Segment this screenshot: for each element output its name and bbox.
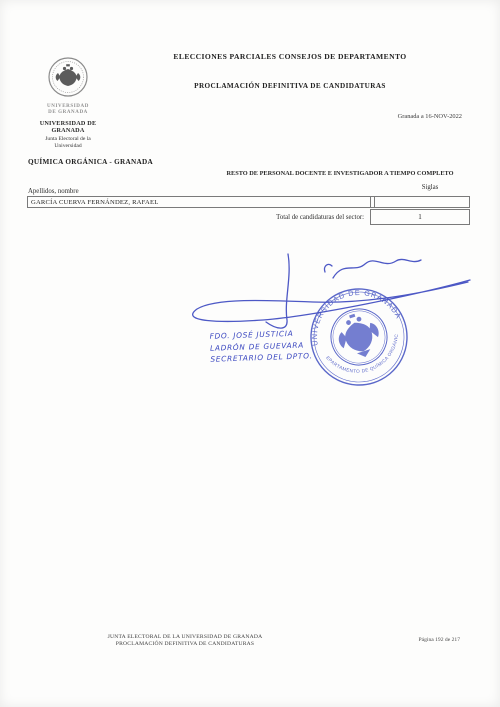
university-name: UNIVERSIDAD DE GRANADA xyxy=(28,120,108,134)
seal-caption: UNIVERSIDAD DE GRANADA xyxy=(28,104,108,116)
university-name-line1: UNIVERSIDAD DE xyxy=(28,120,108,127)
column-header-siglas: Siglas xyxy=(395,184,465,191)
department-name: QUÍMICA ORGÁNICA - GRANADA xyxy=(28,158,153,166)
electoral-board-unit: Junta Electoral de la Universidad xyxy=(28,136,108,149)
scanned-document-page: ELECCIONES PARCIALES CONSEJOS DE DEPARTA… xyxy=(0,0,500,707)
footer-line2: PROCLAMACIÓN DEFINITIVA DE CANDIDATURAS xyxy=(60,641,310,648)
date-line: Granada a 16-NOV-2022 xyxy=(398,113,462,120)
university-logo-block: UNIVERSIDAD DE GRANADA UNIVERSIDAD DE GR… xyxy=(28,56,108,149)
footer-page-number: Página 192 de 217 xyxy=(419,637,460,643)
university-name-line2: GRANADA xyxy=(28,127,108,134)
column-header-name: Apellidos, nombre xyxy=(28,188,79,195)
candidate-name-cell: GARCÍA CUERVA FERNÁNDEZ, RAFAEL xyxy=(27,196,375,208)
seal-eagle-icon xyxy=(56,64,81,86)
document-title: ELECCIONES PARCIALES CONSEJOS DE DEPARTA… xyxy=(120,52,460,61)
footer-issuer-block: JUNTA ELECTORAL DE LA UNIVERSIDAD DE GRA… xyxy=(60,634,310,648)
total-candidates-value: 1 xyxy=(370,209,470,225)
university-seal-icon xyxy=(47,56,89,98)
department-stamp-icon: UNIVERSIDAD DE GRANADA DEPARTAMENTO DE Q… xyxy=(300,284,418,392)
signatory-line3: SECRETARIO DEL DPTO. xyxy=(210,350,312,365)
document-subtitle: PROCLAMACIÓN DEFINITIVA DE CANDIDATURAS xyxy=(120,82,460,90)
total-candidates-label: Total de candidaturas del sector: xyxy=(150,214,364,221)
footer-line1: JUNTA ELECTORAL DE LA UNIVERSIDAD DE GRA… xyxy=(60,634,310,641)
candidate-siglas-cell xyxy=(370,196,470,208)
seal-caption-line2: DE GRANADA xyxy=(28,110,108,116)
sector-heading: RESTO DE PERSONAL DOCENTE E INVESTIGADOR… xyxy=(205,170,475,177)
handwritten-signatory-note: FDO. JOSÉ JUSTICIA LADRÓN DE GUEVARA SEC… xyxy=(209,327,312,365)
electoral-board-line2: Universidad xyxy=(28,143,108,150)
